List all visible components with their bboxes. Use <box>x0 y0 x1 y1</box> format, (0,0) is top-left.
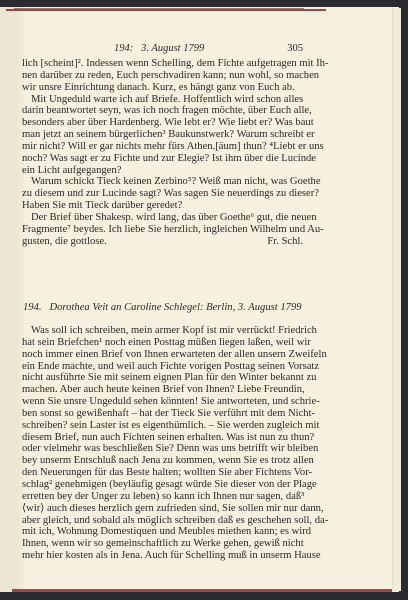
page-number: 305 <box>287 43 303 54</box>
page-stack-edge <box>392 8 401 591</box>
previous-letter-text: lich [scheint]². Indessen wenn Schelling… <box>22 58 303 248</box>
text-line: oder vielmehr was beschließen Sie? Denn … <box>22 443 303 455</box>
text-line: darin beantwortet seyn, was ich noch fra… <box>22 105 303 117</box>
text-line-with-signature: gusten, die gottlose. Fr. Schl. <box>22 236 303 248</box>
text-line: nicht ausführte Sie mit seinem eignen Pl… <box>22 372 303 384</box>
text-line: Der Brief über Shakesp. wird lang, das ü… <box>22 212 303 224</box>
binding-edge-top-shadow <box>14 8 304 9</box>
text-line: besonders aber über Hardenberg. Wie lebt… <box>22 117 303 129</box>
text-line: erretten bey der Unger zu leben) so kann… <box>22 491 303 503</box>
page-header: 194: 3. August 1799 305 <box>22 43 303 57</box>
text-line: wenn Sie unsre Ungeduld sehen könnten! S… <box>22 396 303 408</box>
text-line: Mit Ungeduld warte ich auf Briefe. Hoffe… <box>22 94 303 106</box>
text-line: Was soll ich schreiben, mein armer Kopf … <box>22 325 303 337</box>
text-line: zu diesem und zur Lucinde sagt? Was sage… <box>22 188 303 200</box>
text-line: ⟨wir⟩ auch dieses herzlich gern zufriede… <box>22 503 303 515</box>
text-line: bey unserm Entschluß nach Jena zu kommen… <box>22 455 303 467</box>
binding-edge-top <box>6 9 326 11</box>
text-line: diesem Brief, nun auch Fichten seinen er… <box>22 432 303 444</box>
text-line: noch immer einen Brief von Ihnen erwarte… <box>22 349 303 361</box>
signature: Fr. Schl. <box>267 236 303 248</box>
text-line: Warum schickt Tieck keinen Zerbino⁵? Wei… <box>22 176 303 188</box>
text-line: mit ich, Wohnung Domestiquen und Meubles… <box>22 526 303 538</box>
current-letter-text: Was soll ich schreiben, mein armer Kopf … <box>22 325 303 562</box>
text-line: lich [scheint]². Indessen wenn Schelling… <box>22 58 303 70</box>
text-line: mehr hier kosten als in Jena. Auch für S… <box>22 550 303 562</box>
text-line: den Neuerungen für das Beste halten; wol… <box>22 467 303 479</box>
text-line: Haben Sie mit Tieck darüber geredet? <box>22 200 303 212</box>
text-line: mir nicht? Will er gar nichts mehr fürs … <box>22 141 303 153</box>
text-line: nen darüber zu reden, Euch perschvadiren… <box>22 70 303 82</box>
text-line: machen. Aber auch heute keinen Brief von… <box>22 384 303 396</box>
text-line: schreiben? sein Laster ist es eigenthüml… <box>22 420 303 432</box>
text-line: Fragmente⁷ beydes. Ich liebe Sie herzlic… <box>22 224 303 236</box>
previous-page-edge <box>0 7 14 592</box>
text-line: ein Ende machte, und weil auch Fichte vo… <box>22 361 303 373</box>
text-line: noch? Was sagt er zu Fichte und zur Eleg… <box>22 153 303 165</box>
text-line: ein Licht aufgegangen? <box>22 165 303 177</box>
text-line: wir unsre Einrichtung danach. Kurz, es h… <box>22 82 303 94</box>
text-line: Ihnen, wenn wir so gemeinschaftlich zu W… <box>22 538 303 550</box>
text-line: schlag² genehmigen (beyläufig gesagt wür… <box>22 479 303 491</box>
text-line: hat sein Briefchen¹ noch einen Posttag m… <box>22 337 303 349</box>
text-line: aber gleich, und sobald als möglich schr… <box>22 515 303 527</box>
running-head: 194: 3. August 1799 <box>114 43 204 54</box>
letter-heading: 194. Dorothea Veit an Caroline Schlegel:… <box>23 302 303 313</box>
text-line: ben sonst so gewißenhaft – hat der Tieck… <box>22 408 303 420</box>
text-line: gusten, die gottlose. <box>22 236 107 247</box>
text-line: man jetzt an seinem bürgerlichen³ Baukun… <box>22 129 303 141</box>
binding-edge-bottom <box>12 589 392 592</box>
